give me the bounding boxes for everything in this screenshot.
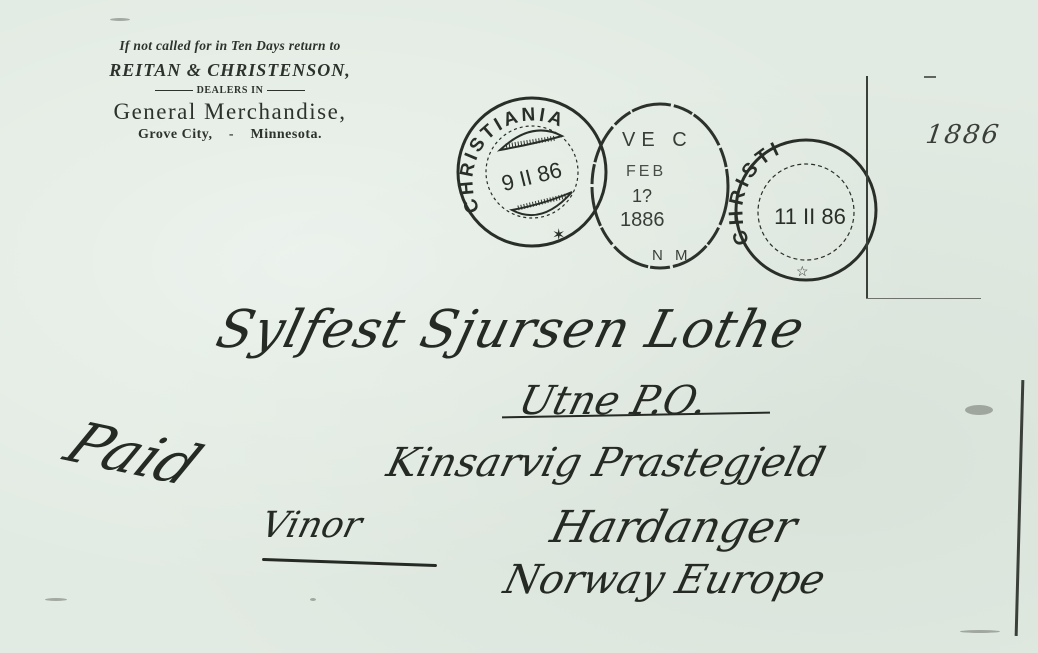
recipient-name: Sylfest Sjursen Lothe bbox=[211, 300, 811, 360]
state: Minnesota. bbox=[250, 127, 322, 142]
scan-speck bbox=[45, 598, 67, 601]
envelope-flap-bottom bbox=[866, 298, 981, 299]
svg-text:1?: 1? bbox=[632, 186, 652, 206]
postmark-christiania-2-icon: CHRISTI 11 II 86 ☆ bbox=[728, 132, 878, 292]
svg-text:N M: N M bbox=[652, 247, 692, 264]
svg-text:9 II 86: 9 II 86 bbox=[499, 157, 564, 196]
location: Grove City, - Minnesota. bbox=[40, 127, 420, 143]
company-name: REITAN & CHRISTENSON, bbox=[40, 60, 420, 81]
divider bbox=[267, 90, 305, 91]
svg-text:VE C: VE C bbox=[622, 129, 693, 151]
scan-speck bbox=[110, 18, 130, 21]
scan-speck bbox=[310, 598, 316, 601]
signature-annotation: Vinor bbox=[257, 505, 366, 546]
scan-speck bbox=[965, 405, 993, 415]
svg-text:11 II 86: 11 II 86 bbox=[774, 204, 846, 229]
address-country: Norway Europe bbox=[499, 557, 830, 603]
address-parish: Kinsarvig Prastegjeld bbox=[382, 440, 829, 486]
svg-text:1886: 1886 bbox=[620, 209, 665, 231]
svg-text:☆: ☆ bbox=[796, 265, 809, 280]
mark bbox=[924, 76, 936, 78]
svg-text:✶: ✶ bbox=[552, 227, 565, 244]
margin-note-year: 1886 bbox=[924, 120, 1002, 150]
scan-speck bbox=[960, 630, 1000, 633]
dealers-in-label: DEALERS IN bbox=[40, 85, 420, 96]
divider bbox=[155, 90, 193, 91]
business-type: General Merchandise, bbox=[40, 99, 420, 125]
return-address-card: If not called for in Ten Days return to … bbox=[40, 38, 420, 143]
svg-text:FEB: FEB bbox=[626, 163, 666, 180]
envelope-flap-edge bbox=[866, 76, 868, 298]
postmark-grove-city-icon: VE C FEB 1? 1886 N M bbox=[582, 98, 732, 278]
separator: - bbox=[216, 127, 246, 143]
address-region: Hardanger bbox=[546, 502, 802, 553]
svg-text:CHRISTI: CHRISTI bbox=[728, 137, 786, 248]
city: Grove City, bbox=[138, 127, 212, 142]
return-instruction: If not called for in Ten Days return to bbox=[40, 38, 420, 54]
